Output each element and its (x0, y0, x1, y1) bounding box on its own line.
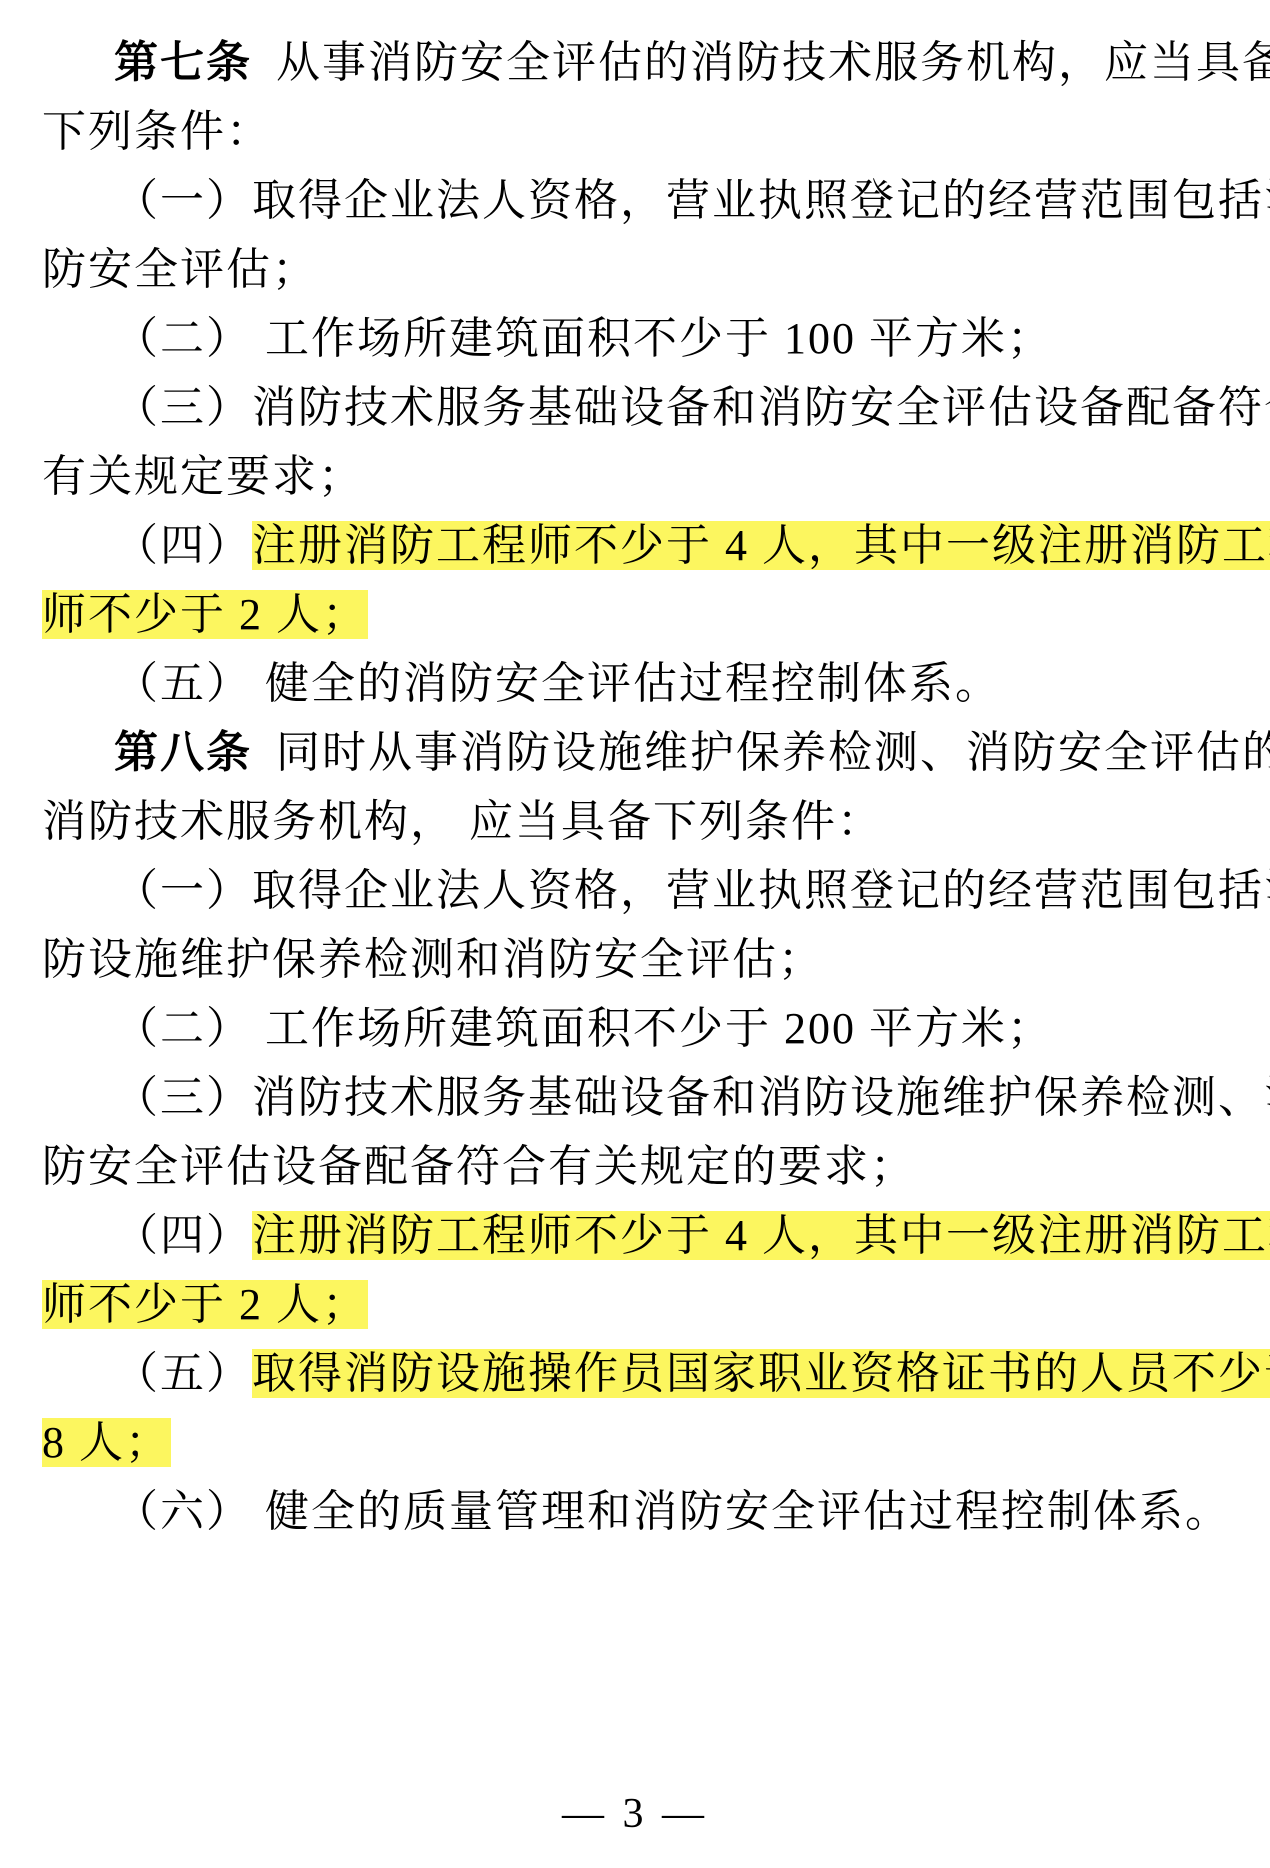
text-line: （三）消防技术服务基础设备和消防安全评估设备配备符合 (42, 373, 1230, 442)
text-segment: （二） 工作场所建筑面积不少于 100 平方米； (114, 314, 1053, 363)
text-segment: 下列条件： (42, 107, 272, 156)
text-line: 有关规定要求； (42, 442, 1230, 511)
page-number: — 3 — (0, 1790, 1270, 1838)
text-segment: （四） (114, 1211, 252, 1260)
text-segment: 从事消防安全评估的消防技术服务机构，应当具备 (276, 38, 1270, 87)
text-line: 防安全评估； (42, 235, 1230, 304)
text-line: （一）取得企业法人资格，营业执照登记的经营范围包括消 (42, 856, 1230, 925)
article-number: 第八条 (114, 728, 252, 777)
document-body: 第七条从事消防安全评估的消防技术服务机构，应当具备下列条件：（一）取得企业法人资… (42, 28, 1230, 1546)
text-segment: 防安全评估设备配备符合有关规定的要求； (42, 1142, 916, 1191)
text-line: （五） 健全的消防安全评估过程控制体系。 (42, 649, 1230, 718)
highlighted-text: 师不少于 2 人； (42, 590, 368, 639)
text-line: 下列条件： (42, 97, 1230, 166)
text-line: （四）注册消防工程师不少于 4 人，其中一级注册消防工程 (42, 511, 1230, 580)
text-line: 师不少于 2 人； (42, 580, 1230, 649)
text-segment: （一）取得企业法人资格，营业执照登记的经营范围包括消 (114, 866, 1270, 915)
text-line: 防设施维护保养检测和消防安全评估； (42, 925, 1230, 994)
text-segment: 消防技术服务机构， 应当具备下列条件： (42, 797, 883, 846)
text-line: （四）注册消防工程师不少于 4 人，其中一级注册消防工程 (42, 1201, 1230, 1270)
text-line: 第八条同时从事消防设施维护保养检测、消防安全评估的 (42, 718, 1230, 787)
highlighted-text: 注册消防工程师不少于 4 人，其中一级注册消防工程 (252, 1211, 1270, 1260)
text-segment: （五） 健全的消防安全评估过程控制体系。 (114, 659, 1001, 708)
highlighted-text: 取得消防设施操作员国家职业资格证书的人员不少于 (252, 1349, 1270, 1398)
text-line: 消防技术服务机构， 应当具备下列条件： (42, 787, 1230, 856)
text-segment: （六） 健全的质量管理和消防安全评估过程控制体系。 (114, 1487, 1231, 1536)
text-line: （一）取得企业法人资格，营业执照登记的经营范围包括消 (42, 166, 1230, 235)
highlighted-text: 师不少于 2 人； (42, 1280, 368, 1329)
text-segment: （二） 工作场所建筑面积不少于 200 平方米； (114, 1004, 1053, 1053)
highlighted-text: 注册消防工程师不少于 4 人，其中一级注册消防工程 (252, 521, 1270, 570)
document-page: 第七条从事消防安全评估的消防技术服务机构，应当具备下列条件：（一）取得企业法人资… (0, 0, 1270, 1868)
text-line: 第七条从事消防安全评估的消防技术服务机构，应当具备 (42, 28, 1230, 97)
text-line: 师不少于 2 人； (42, 1270, 1230, 1339)
text-line: （三）消防技术服务基础设备和消防设施维护保养检测、消 (42, 1063, 1230, 1132)
text-line: （二） 工作场所建筑面积不少于 200 平方米； (42, 994, 1230, 1063)
text-line: （二） 工作场所建筑面积不少于 100 平方米； (42, 304, 1230, 373)
text-line: 8 人； (42, 1408, 1230, 1477)
text-segment: （三）消防技术服务基础设备和消防设施维护保养检测、消 (114, 1073, 1270, 1122)
text-segment: 有关规定要求； (42, 452, 364, 501)
text-segment: （五） (114, 1349, 252, 1398)
text-line: 防安全评估设备配备符合有关规定的要求； (42, 1132, 1230, 1201)
text-segment: （一）取得企业法人资格，营业执照登记的经营范围包括消 (114, 176, 1270, 225)
text-segment: （三）消防技术服务基础设备和消防安全评估设备配备符合 (114, 383, 1270, 432)
article-number: 第七条 (114, 38, 252, 87)
text-line: （六） 健全的质量管理和消防安全评估过程控制体系。 (42, 1477, 1230, 1546)
text-segment: 防安全评估； (42, 245, 318, 294)
text-segment: （四） (114, 521, 252, 570)
text-segment: 防设施维护保养检测和消防安全评估； (42, 935, 824, 984)
text-line: （五）取得消防设施操作员国家职业资格证书的人员不少于 (42, 1339, 1230, 1408)
text-segment: 同时从事消防设施维护保养检测、消防安全评估的 (276, 728, 1270, 777)
highlighted-text: 8 人； (42, 1418, 171, 1467)
